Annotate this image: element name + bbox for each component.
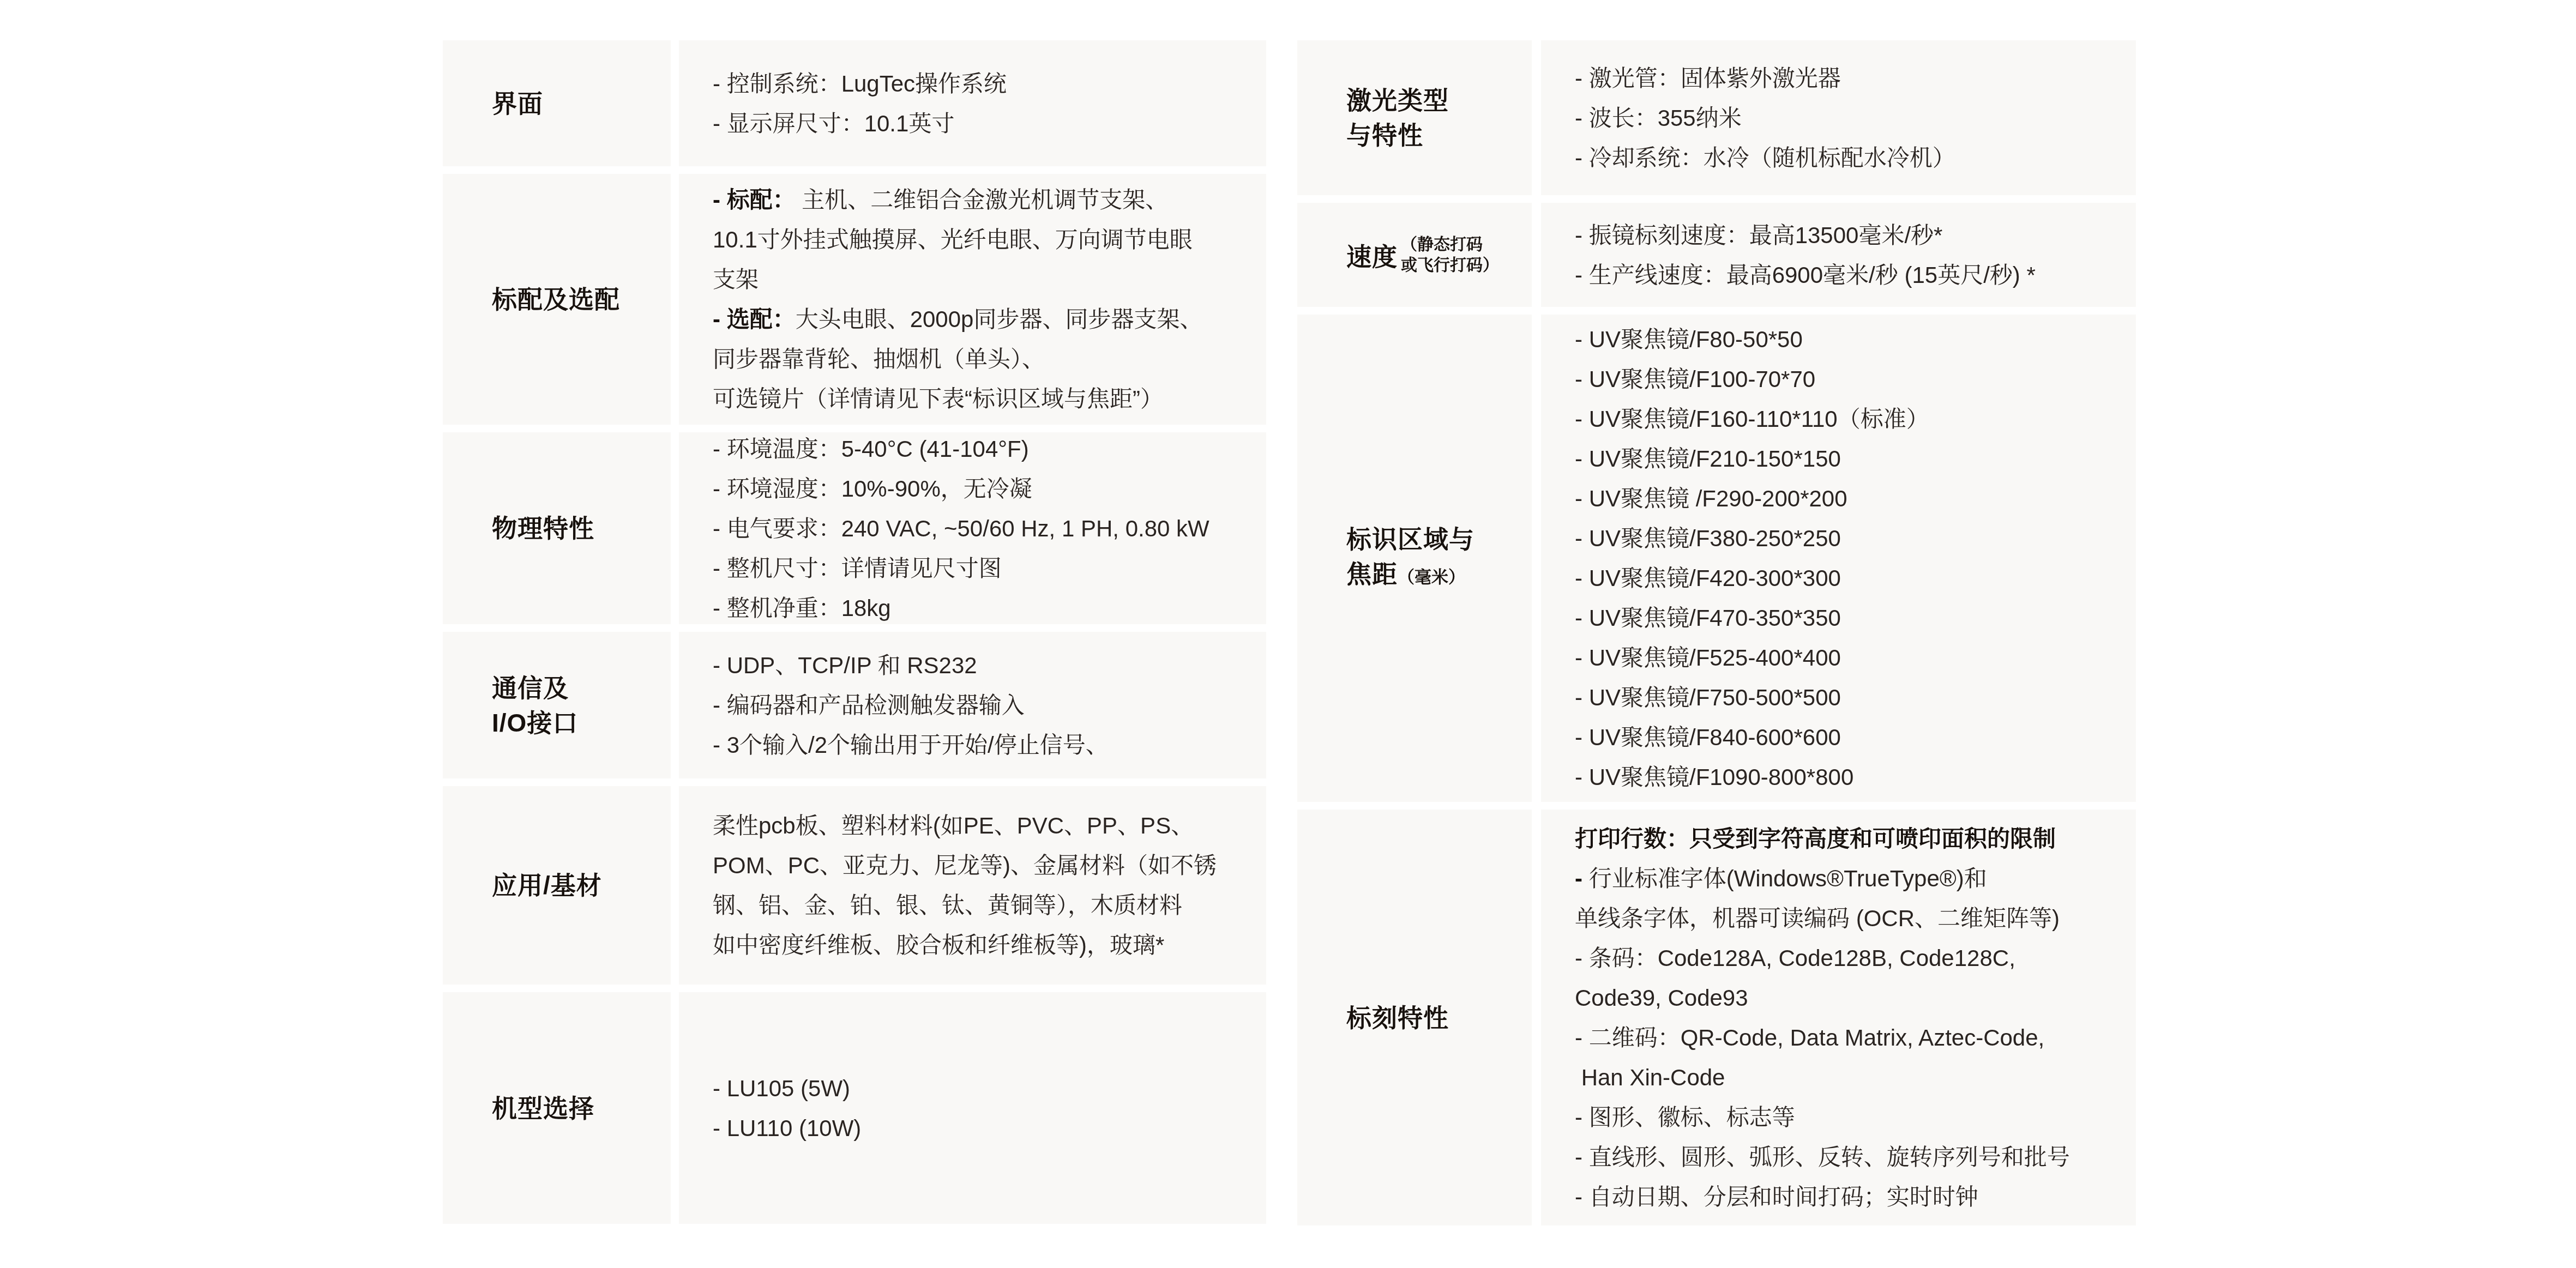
spec-content-line: Han Xin-Code [1575,1058,2123,1097]
spec-content-cell: 打印行数：只受到字符高度和可喷印面积的限制- 行业标准字体(Windows®Tr… [1541,810,2136,1225]
spec-label-line: 标刻特性 [1346,1000,1526,1035]
spec-text-segment: - 冷却系统：水冷（随机标配水冷机） [1575,145,1955,171]
spec-content-line: - UV聚焦镜/F1090-800*800 [1575,757,2123,797]
spec-text-segment: 钢、铝、金、铂、银、钛、黄铜等），木质材料 [713,892,1182,918]
spec-text-segment: - LU105 (5W) [713,1076,850,1101]
spec-label-cell: 物理特性 [443,432,671,624]
spec-label-cell: 速度（静态打码或飞行打码） [1297,203,1532,307]
spec-content-line: - LU110 (10W) [713,1108,1253,1148]
spec-content-line: - 二维码：QR-Code, Data Matrix, Aztec-Code, [1575,1018,2123,1058]
spec-text-segment: - 生产线速度：最高6900毫米/秒 (15英尺/秒) * [1575,262,2036,288]
spec-content-line: - UV聚焦镜/F750-500*500 [1575,678,2123,717]
spec-content-line: - 自动日期、分层和时间打码；实时时钟 [1575,1177,2123,1217]
spec-text-segment: - 控制系统：LugTec操作系统 [713,71,1007,96]
spec-text-segment: - 图形、徽标、标志等 [1575,1104,1795,1130]
spec-text-segment: 大头电眼、2000p同步器、同步器支架、 [796,306,1203,332]
spec-row: 通信及I/O接口- UDP、TCP/IP 和 RS232- 编码器和产品检测触发… [443,632,1266,778]
spec-text-segment: - LU110 (10W) [713,1115,861,1141]
spec-content-line: 同步器靠背轮、抽烟机（单头）、 [713,339,1253,379]
spec-content-line: - 环境湿度：10%-90%，无冷凝 [713,469,1253,509]
spec-content-line: - 编码器和产品检测触发器输入 [713,685,1253,725]
spec-text-segment: - UV聚焦镜/F80-50*50 [1575,327,1803,352]
spec-label-cell: 标识区域与焦距（毫米） [1297,315,1532,802]
spec-text-segment: - 编码器和产品检测触发器输入 [713,692,1025,718]
spec-content-line: Code39, Code93 [1575,978,2123,1018]
spec-text-segment: - 显示屏尺寸：10.1英寸 [713,111,954,136]
spec-text-segment: 柔性pcb板、塑料材料(如PE、PVC、PP、PS、 [713,813,1194,838]
spec-content-cell: 柔性pcb板、塑料材料(如PE、PVC、PP、PS、POM、PC、亚克力、尼龙等… [679,786,1266,985]
spec-content-line: - UV聚焦镜/F470-350*350 [1575,598,2123,638]
spec-content-line: - 控制系统：LugTec操作系统 [713,64,1253,104]
spec-content-line: - 冷却系统：水冷（随机标配水冷机） [1575,138,2123,178]
spec-label-cell: 机型选择 [443,992,671,1224]
spec-content-line: - UV聚焦镜/F420-300*300 [1575,558,2123,598]
spec-text-segment: - 电气要求：240 VAC, ~50/60 Hz, 1 PH, 0.80 kW [713,516,1209,541]
spec-label-segment: 与特性 [1346,121,1423,149]
spec-content-line: - 显示屏尺寸：10.1英寸 [713,104,1253,143]
spec-label-line: 应用/基材 [492,868,665,903]
spec-content-line: 可选镜片（详情请见下表“标识区域与焦距”） [713,379,1253,419]
spec-text-segment: - 自动日期、分层和时间打码；实时时钟 [1575,1184,1978,1210]
spec-content-line: - 整机尺寸：详情请见尺寸图 [713,548,1253,588]
spec-text-segment: 10.1寸外挂式触摸屏、光纤电眼、万向调节电眼 [713,227,1193,252]
spec-text-segment: - UV聚焦镜/F1090-800*800 [1575,764,1853,790]
spec-label-segment: 标刻特性 [1346,1004,1449,1032]
spec-text-segment: - UV聚焦镜/F420-300*300 [1575,565,1841,591]
spec-content-cell: - UDP、TCP/IP 和 RS232- 编码器和产品检测触发器输入- 3个输… [679,632,1266,778]
spec-content-line: - 振镜标刻速度：最高13500毫米/秒* [1575,215,2123,255]
spec-text-segment: - 振镜标刻速度：最高13500毫米/秒* [1575,222,1942,248]
spec-content-line: 柔性pcb板、塑料材料(如PE、PVC、PP、PS、 [713,806,1253,846]
spec-content-line: 10.1寸外挂式触摸屏、光纤电眼、万向调节电眼 [713,220,1253,259]
spec-content-line: - 选配：大头电眼、2000p同步器、同步器支架、 [713,299,1253,339]
spec-label-segment: 激光类型 [1346,86,1449,114]
spec-content-cell: - 标配： 主机、二维铝合金激光机调节支架、10.1寸外挂式触摸屏、光纤电眼、万… [679,174,1266,425]
spec-row: 标配及选配- 标配： 主机、二维铝合金激光机调节支架、10.1寸外挂式触摸屏、光… [443,174,1266,425]
spec-label-segment: 标配及选配 [492,285,620,313]
spec-label-line: 通信及 [492,671,665,705]
spec-text-segment: 行业标准字体(Windows®TrueType®)和 [1582,866,1987,891]
spec-sheet-page: 界面- 控制系统：LugTec操作系统- 显示屏尺寸：10.1英寸标配及选配- … [0,0,2576,1268]
spec-text-segment: - UV聚焦镜 /F290-200*200 [1575,486,1847,511]
spec-content-line: 钢、铝、金、铂、银、钛、黄铜等），木质材料 [713,885,1253,925]
spec-content-line: - UV聚焦镜 /F290-200*200 [1575,479,2123,518]
spec-label-segment: 应用/基材 [492,871,602,899]
spec-label-cell: 激光类型与特性 [1297,40,1532,195]
spec-label-cell: 通信及I/O接口 [443,632,671,778]
spec-text-segment: - 波长：355纳米 [1575,105,1742,131]
spec-label-cell: 标刻特性 [1297,810,1532,1225]
spec-text-segment: - 激光管：固体紫外激光器 [1575,65,1841,91]
spec-content-line: 打印行数：只受到字符高度和可喷印面积的限制 [1575,819,2123,859]
spec-content-cell: - UV聚焦镜/F80-50*50- UV聚焦镜/F100-70*70- UV聚… [1541,315,2136,802]
spec-label-line: 界面 [492,86,665,121]
spec-text-segment: 如中密度纤维板、胶合板和纤维板等)，玻璃* [713,932,1164,958]
spec-content-cell: - 控制系统：LugTec操作系统- 显示屏尺寸：10.1英寸 [679,40,1266,166]
spec-content-line: - 3个输入/2个输出用于开始/停止信号、 [713,725,1253,765]
spec-label-segment: 界面 [492,89,543,118]
spec-label-line: 标配及选配 [492,282,665,317]
spec-text-segment: - 标配： [713,187,796,213]
spec-label-segment: 焦距 [1346,560,1398,588]
spec-content-line: - UV聚焦镜/F80-50*50 [1575,319,2123,359]
spec-content-line: - UV聚焦镜/F840-600*600 [1575,717,2123,757]
spec-content-line: - 图形、徽标、标志等 [1575,1097,2123,1137]
spec-text-segment: - 整机净重：18kg [713,595,891,621]
spec-label-sub: （静态打码或飞行打码） [1401,234,1499,276]
spec-text-segment: - 环境温度：5-40°C (41-104°F) [713,436,1029,462]
spec-text-segment: 同步器靠背轮、抽烟机（单头）、 [713,346,1045,372]
spec-row: 标识区域与焦距（毫米）- UV聚焦镜/F80-50*50- UV聚焦镜/F100… [1297,315,2138,802]
spec-label-sub-line: （静态打码 [1401,234,1499,255]
spec-label-cell: 标配及选配 [443,174,671,425]
spec-content-line: - UV聚焦镜/F525-400*400 [1575,638,2123,678]
spec-content-line: - 行业标准字体(Windows®TrueType®)和 [1575,859,2123,898]
spec-text-segment: 支架 [713,267,759,292]
spec-label-cell: 界面 [443,40,671,166]
spec-content-line: - UDP、TCP/IP 和 RS232 [713,645,1253,685]
spec-text-segment: - 环境湿度：10%-90%，无冷凝 [713,476,1032,502]
spec-content-line: - 波长：355纳米 [1575,98,2123,138]
spec-content-line: - 条码：Code128A, Code128B, Code128C, [1575,938,2123,978]
spec-label-segment: 通信及 [492,674,569,702]
spec-content-line: - UV聚焦镜/F100-70*70 [1575,359,2123,399]
spec-label-line: 激光类型 [1346,83,1526,118]
spec-content-line: - 生产线速度：最高6900毫米/秒 (15英尺/秒) * [1575,255,2123,295]
spec-text-segment: - UV聚焦镜/F210-150*150 [1575,446,1841,472]
spec-label-line: 与特性 [1346,118,1526,153]
spec-row: 应用/基材柔性pcb板、塑料材料(如PE、PVC、PP、PS、POM、PC、亚克… [443,786,1266,985]
spec-label-sub-line: 或飞行打码） [1401,255,1499,276]
spec-content-line: - 标配： 主机、二维铝合金激光机调节支架、 [713,180,1253,220]
spec-label-segment: I/O接口 [492,709,578,737]
spec-text-segment: - UV聚焦镜/F100-70*70 [1575,366,1815,392]
spec-content-line: - 整机净重：18kg [713,588,1253,628]
spec-text-segment: 主机、二维铝合金激光机调节支架、 [796,187,1169,213]
spec-row: 激光类型与特性- 激光管：固体紫外激光器- 波长：355纳米- 冷却系统：水冷（… [1297,40,2138,195]
spec-content-line: - UV聚焦镜/F210-150*150 [1575,439,2123,479]
spec-label-line: 机型选择 [492,1091,665,1126]
spec-label-segment: 物理特性 [492,514,594,542]
spec-content-line: - UV聚焦镜/F380-250*250 [1575,518,2123,558]
spec-content-line: - UV聚焦镜/F160-110*110（标准） [1575,399,2123,439]
spec-text-segment: - UDP、TCP/IP 和 RS232 [713,653,977,678]
spec-content-cell: - 环境温度：5-40°C (41-104°F)- 环境湿度：10%-90%，无… [679,432,1266,624]
spec-row: 速度（静态打码或飞行打码）- 振镜标刻速度：最高13500毫米/秒*- 生产线速… [1297,203,2138,307]
spec-row: 标刻特性打印行数：只受到字符高度和可喷印面积的限制- 行业标准字体(Window… [1297,810,2138,1225]
spec-text-segment: - 直线形、圆形、弧形、反转、旋转序列号和批号 [1575,1144,2070,1170]
spec-text-segment: - 选配： [713,306,796,332]
spec-label-line: 焦距（毫米） [1346,557,1526,595]
spec-label-line: 速度（静态打码或飞行打码） [1346,234,1526,276]
spec-label-line: 标识区域与 [1346,522,1526,557]
spec-label-cell: 应用/基材 [443,786,671,985]
spec-text-segment: 可选镜片（详情请见下表“标识区域与焦距”） [713,386,1163,412]
spec-text-segment: - UV聚焦镜/F380-250*250 [1575,526,1841,551]
spec-content-line: - 激光管：固体紫外激光器 [1575,58,2123,98]
spec-content-line: 单线条字体，机器可读编码 (OCR、二维矩阵等) [1575,898,2123,938]
spec-text-segment: - 条码：Code128A, Code128B, Code128C, [1575,945,2015,971]
spec-content-cell: - 激光管：固体紫外激光器- 波长：355纳米- 冷却系统：水冷（随机标配水冷机… [1541,40,2136,195]
spec-row: 机型选择- LU105 (5W)- LU110 (10W) [443,992,1266,1224]
spec-content-line: 如中密度纤维板、胶合板和纤维板等)，玻璃* [713,925,1253,965]
spec-text-segment: - 整机尺寸：详情请见尺寸图 [713,555,1002,581]
spec-row: 界面- 控制系统：LugTec操作系统- 显示屏尺寸：10.1英寸 [443,40,1266,166]
spec-content-line: - 电气要求：240 VAC, ~50/60 Hz, 1 PH, 0.80 kW [713,509,1253,548]
spec-label-line: 物理特性 [492,511,665,546]
spec-row: 物理特性- 环境温度：5-40°C (41-104°F)- 环境湿度：10%-9… [443,432,1266,624]
spec-text-segment: Code39, Code93 [1575,985,1748,1011]
spec-text-segment: - 3个输入/2个输出用于开始/停止信号、 [713,732,1109,758]
spec-label-segment: 标识区域与 [1346,525,1474,553]
spec-text-segment: - 二维码：QR-Code, Data Matrix, Aztec-Code, [1575,1025,2044,1050]
spec-text-segment: Han Xin-Code [1575,1065,1725,1090]
spec-text-segment: - UV聚焦镜/F840-600*600 [1575,724,1841,750]
spec-content-line: - 直线形、圆形、弧形、反转、旋转序列号和批号 [1575,1137,2123,1177]
spec-content-line: - 环境温度：5-40°C (41-104°F) [713,429,1253,469]
spec-content-line: - LU105 (5W) [713,1068,1253,1108]
spec-label-line: I/O接口 [492,705,665,740]
spec-text-segment: POM、PC、亚克力、尼龙等)、金属材料（如不锈 [713,853,1217,878]
spec-content-cell: - 振镜标刻速度：最高13500毫米/秒*- 生产线速度：最高6900毫米/秒 … [1541,203,2136,307]
spec-content-line: 支架 [713,259,1253,299]
spec-content-cell: - LU105 (5W)- LU110 (10W) [679,992,1266,1224]
spec-text-segment: - [1575,866,1582,891]
spec-text-segment: 单线条字体，机器可读编码 (OCR、二维矩阵等) [1575,905,2060,931]
spec-text-segment: - UV聚焦镜/F750-500*500 [1575,685,1841,710]
left-spec-table: 界面- 控制系统：LugTec操作系统- 显示屏尺寸：10.1英寸标配及选配- … [443,40,1266,1231]
spec-text-segment: - UV聚焦镜/F525-400*400 [1575,645,1841,671]
right-spec-table: 激光类型与特性- 激光管：固体紫外激光器- 波长：355纳米- 冷却系统：水冷（… [1297,40,2138,1233]
spec-text-segment: 打印行数：只受到字符高度和可喷印面积的限制 [1575,826,2056,852]
spec-label-segment: （毫米） [1398,567,1465,587]
spec-label-segment: 机型选择 [492,1094,594,1122]
spec-text-segment: - UV聚焦镜/F470-350*350 [1575,605,1841,631]
spec-label-main: 速度 [1346,237,1398,273]
spec-content-line: POM、PC、亚克力、尼龙等)、金属材料（如不锈 [713,846,1253,885]
spec-text-segment: - UV聚焦镜/F160-110*110（标准） [1575,406,1929,432]
